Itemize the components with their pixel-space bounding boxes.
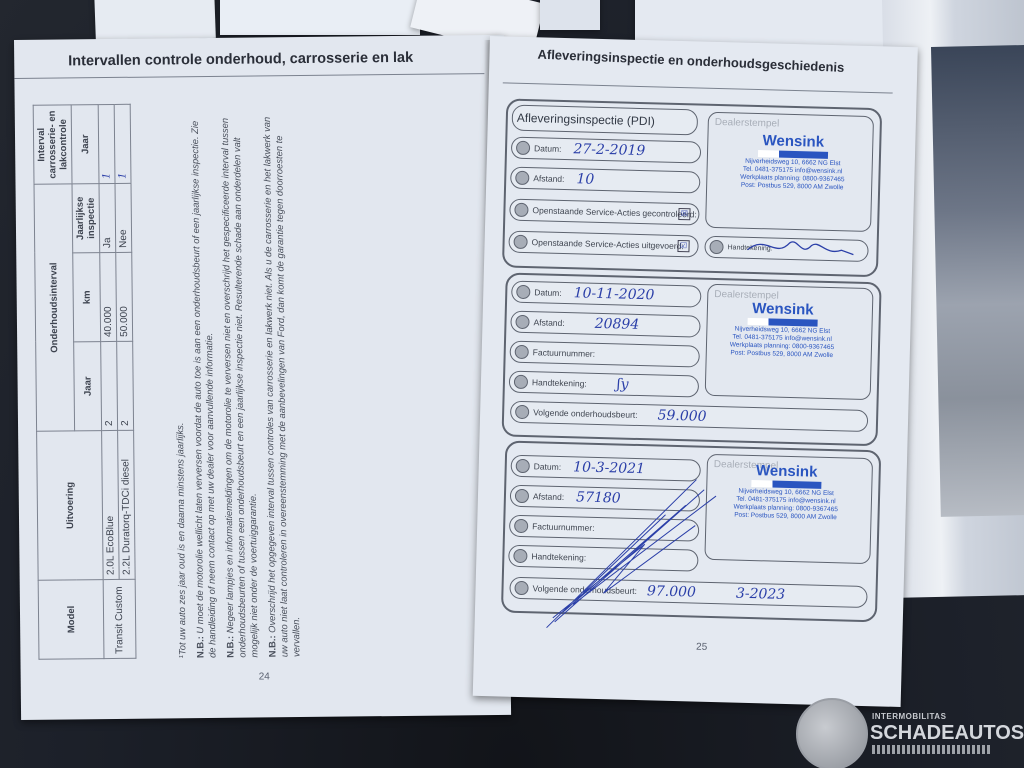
radio-dot: [514, 375, 528, 389]
cell-km: 40.000: [100, 252, 117, 341]
cell-uitvoering: 2.2L Duratorq-TDCi diesel: [118, 430, 136, 579]
note: N.B.: Negeer lampjes en informatiemeldin…: [219, 107, 261, 657]
field-factuurnummer: Factuurnummer:: [509, 341, 700, 368]
booklet-left-page: Intervallen controle onderhoud, carrosse…: [14, 35, 511, 720]
logo-stripe: [872, 745, 992, 754]
handwritten-value: 10-11-2020: [573, 285, 654, 303]
signature-scribble: [542, 472, 736, 637]
radio-dot: [515, 405, 529, 419]
pdi-signature: Handtekening:: [704, 236, 869, 262]
th-onderhoudsinterval: Onderhoudsinterval: [34, 184, 75, 431]
handwritten-value: 27-2-2019: [573, 141, 645, 159]
radio-dot: [514, 203, 528, 217]
cell-jaar: 2: [117, 341, 134, 430]
footnotes: ¹Tot uw auto zes jaar oud is en daarna m…: [171, 107, 309, 658]
th-model: Model: [38, 580, 104, 660]
pdi-field-datum: Datum: 27-2-2019: [511, 137, 702, 164]
signature: ʃy: [617, 376, 629, 392]
radio-dot: [513, 549, 527, 563]
note: N.B.: U moet de motorolie wellicht laten…: [189, 108, 219, 658]
th-interval-lak: Interval carrosserie- en lakcontrole: [33, 105, 72, 184]
checkbox: ☒: [678, 208, 690, 220]
field-handtekening: Handtekening: ʃy: [509, 371, 700, 398]
radio-dot: [516, 459, 530, 473]
handwritten-value: 10: [576, 171, 594, 187]
booklet-right-page: Afleveringsinspectie en onderhoudsgeschi…: [473, 36, 918, 707]
handwritten-date: 3-2023: [736, 586, 786, 603]
th-jaar: Jaar: [74, 342, 102, 431]
background-paper: [540, 0, 600, 30]
th-inspectie: Jaarlijkse inspectie: [72, 184, 100, 253]
cell-model: Transit Custom: [103, 579, 136, 658]
radio-dot: [513, 235, 527, 249]
checkbox: ☑: [677, 240, 689, 252]
page-title: Afleveringsinspectie en onderhoudsgeschi…: [537, 47, 844, 75]
handwritten-value: 59.000: [657, 408, 706, 425]
service-entry-1: Datum: 10-11-2020 Afstand: 20894 Factuur…: [502, 272, 882, 446]
radio-dot: [515, 315, 529, 329]
page-title: Intervallen controle onderhoud, carrosse…: [68, 50, 413, 70]
cell-km: 50.000: [116, 252, 133, 341]
radio-dot: [709, 240, 723, 254]
radio-dot: [515, 489, 529, 503]
book-cover-photo: [931, 45, 1024, 517]
cell-jaar: 2: [101, 341, 118, 430]
radio-dot: [515, 171, 529, 185]
handwritten-value: 20894: [594, 316, 639, 333]
pdi-title-pill: Afleveringsinspectie (PDI): [512, 105, 699, 136]
page-number: 24: [259, 671, 270, 682]
cell-inspectie: Ja: [99, 183, 116, 252]
note: ¹Tot uw auto zes jaar oud is en daarna m…: [171, 108, 189, 658]
pdi-field-gecontroleerd: Openstaande Service-Acties gecontroleerd…: [509, 199, 700, 226]
title-divider: [14, 73, 484, 79]
rotated-content: Model Uitvoering Onderhoudsinterval Inte…: [33, 97, 279, 659]
service-entry-2: Datum: 10-3-2021 Afstand: 57180 Factuurn…: [501, 441, 881, 623]
cell-lak-jaar: 1: [98, 104, 115, 183]
th-uitvoering: Uitvoering: [37, 431, 104, 581]
wensink-stamp: Wensink Nijverheidsweg 10, 6662 NG Elst …: [707, 299, 858, 361]
field-volgende-onderhoudsbeurt: Volgende onderhoudsbeurt: 59.000: [510, 401, 868, 432]
title-divider: [503, 82, 893, 93]
th-jaar-lak: Jaar: [71, 105, 99, 184]
interval-table: Model Uitvoering Onderhoudsinterval Inte…: [33, 104, 137, 660]
page-number: 25: [696, 642, 707, 653]
background-card: [94, 0, 216, 42]
pdi-form: Afleveringsinspectie (PDI) Datum: 27-2-2…: [502, 98, 882, 277]
dealer-stamp-box: Dealerstempel Wensink Nijverheidsweg 10,…: [705, 284, 874, 400]
radio-dot: [516, 285, 530, 299]
signature-scribble: [745, 232, 856, 265]
cell-inspectie: Nee: [115, 183, 132, 252]
pdi-field-uitgevoerd: Openstaande Service-Acties uitgevoerd: ☑: [508, 231, 699, 258]
cell-lak-jaar: 1: [114, 104, 131, 183]
th-km: km: [73, 253, 101, 342]
wensink-stamp: Wensink Nijverheidsweg 10, 6662 NG Elst …: [717, 131, 868, 193]
radio-dot: [514, 581, 528, 595]
globe-icon: [796, 698, 868, 768]
cell-uitvoering: 2.0L EcoBlue: [102, 430, 120, 579]
note: N.B.: Overschrijd het opgegeven interval…: [261, 107, 303, 657]
radio-dot: [514, 519, 528, 533]
background-paper: [220, 0, 420, 35]
pdi-field-afstand: Afstand: 10: [510, 167, 701, 194]
dealer-stamp-box: Dealerstempel Wensink Nijverheidsweg 10,…: [705, 112, 874, 232]
radio-dot: [515, 345, 529, 359]
radio-dot: [516, 141, 530, 155]
field-datum: Datum: 10-11-2020: [511, 281, 702, 308]
field-afstand: Afstand: 20894: [510, 311, 701, 338]
